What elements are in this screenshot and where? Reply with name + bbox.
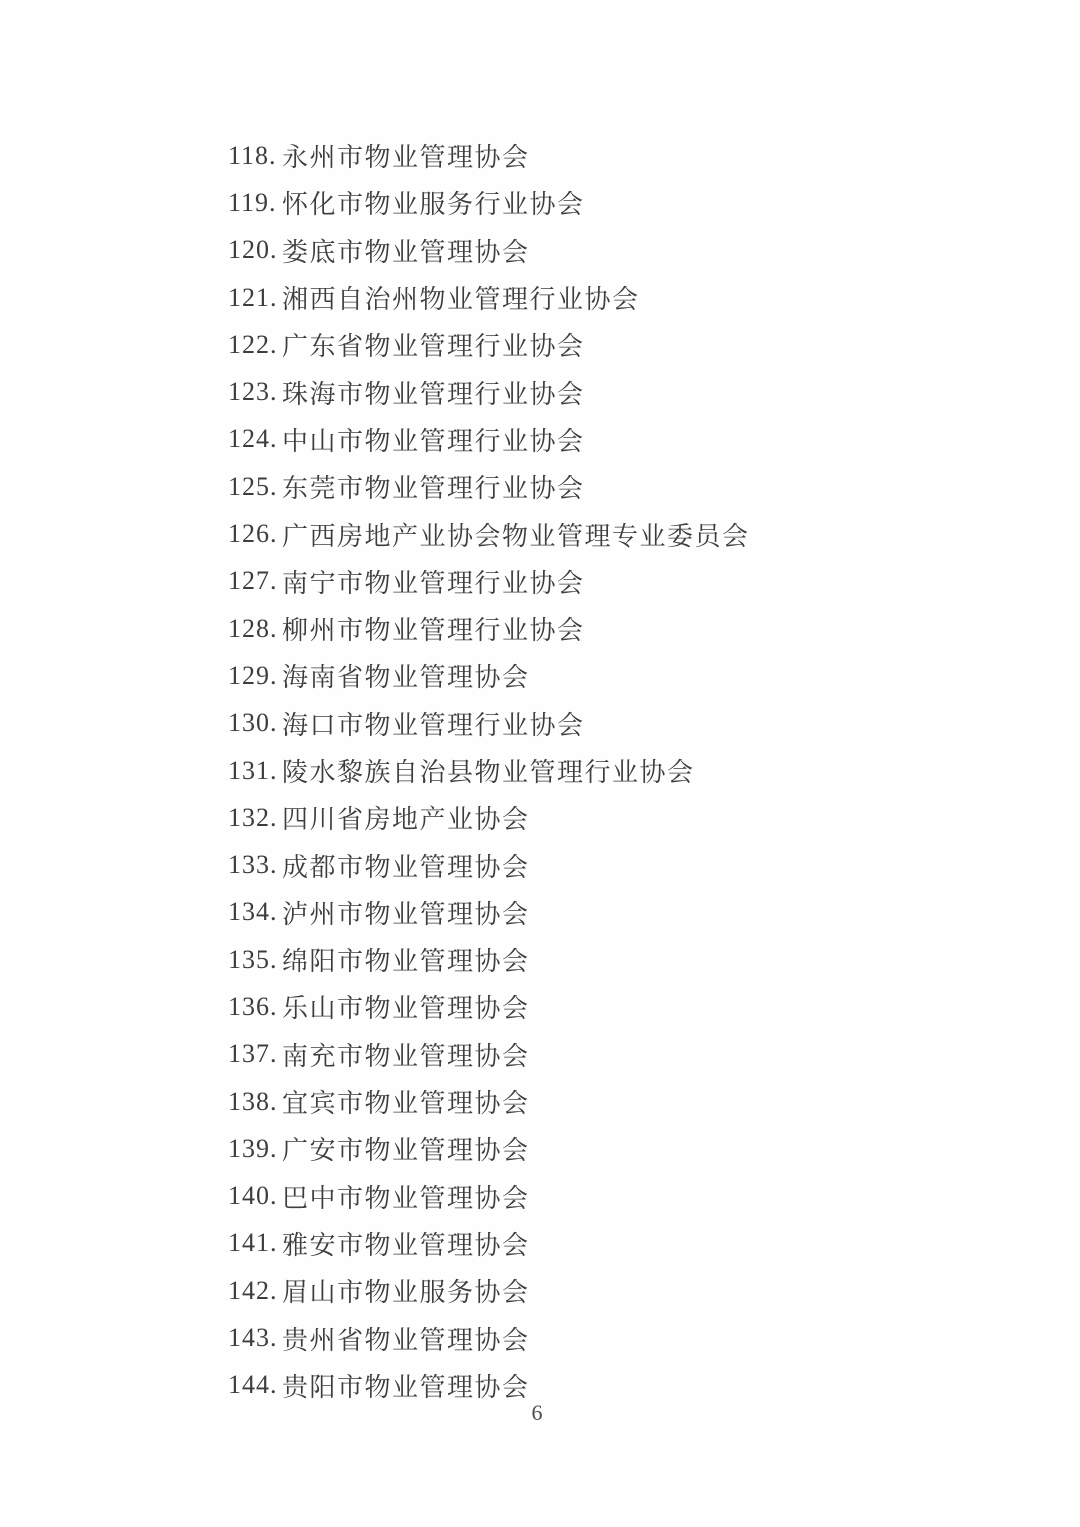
item-name: 宜宾市物业管理协会 — [282, 1083, 530, 1120]
item-number: 127. — [228, 566, 282, 596]
item-name: 成都市物业管理协会 — [282, 847, 530, 884]
list-item: 125. 东莞市物业管理行业协会 — [228, 463, 1040, 510]
item-number: 135. — [228, 945, 282, 975]
item-number: 123. — [228, 377, 282, 407]
list-item: 132. 四川省房地产业协会 — [228, 794, 1040, 841]
list-item: 123. 珠海市物业管理行业协会 — [228, 368, 1040, 415]
list-item: 128. 柳州市物业管理行业协会 — [228, 605, 1040, 652]
item-number: 121. — [228, 283, 282, 313]
list-item: 138. 宜宾市物业管理协会 — [228, 1078, 1040, 1125]
list-item: 122. 广东省物业管理行业协会 — [228, 321, 1040, 368]
item-number: 129. — [228, 661, 282, 691]
item-number: 142. — [228, 1276, 282, 1306]
list-item: 126. 广西房地产业协会物业管理专业委员会 — [228, 510, 1040, 557]
item-name: 东莞市物业管理行业协会 — [282, 468, 585, 505]
list-item: 127. 南宁市物业管理行业协会 — [228, 558, 1040, 605]
item-name: 广西房地产业协会物业管理专业委员会 — [282, 516, 750, 553]
list-item: 136. 乐山市物业管理协会 — [228, 983, 1040, 1030]
item-name: 珠海市物业管理行业协会 — [282, 374, 585, 411]
item-name: 贵阳市物业管理协会 — [282, 1367, 530, 1404]
item-number: 120. — [228, 235, 282, 265]
item-name: 柳州市物业管理行业协会 — [282, 610, 585, 647]
list-item: 118. 永州市物业管理协会 — [228, 132, 1040, 179]
item-number: 137. — [228, 1039, 282, 1069]
item-name: 巴中市物业管理协会 — [282, 1178, 530, 1215]
item-name: 海口市物业管理行业协会 — [282, 705, 585, 742]
list-item: 139. 广安市物业管理协会 — [228, 1125, 1040, 1172]
item-number: 118. — [228, 141, 282, 171]
item-number: 138. — [228, 1087, 282, 1117]
list-item: 134. 泸州市物业管理协会 — [228, 889, 1040, 936]
item-name: 广东省物业管理行业协会 — [282, 326, 585, 363]
item-name: 中山市物业管理行业协会 — [282, 421, 585, 458]
list-item: 129. 海南省物业管理协会 — [228, 652, 1040, 699]
document-page: 118. 永州市物业管理协会 119. 怀化市物业服务行业协会 120. 娄底市… — [0, 0, 1080, 1527]
list-item: 131. 陵水黎族自治县物业管理行业协会 — [228, 747, 1040, 794]
item-number: 126. — [228, 519, 282, 549]
page-number: 6 — [0, 1400, 1074, 1426]
item-number: 139. — [228, 1134, 282, 1164]
list-item: 137. 南充市物业管理协会 — [228, 1031, 1040, 1078]
association-list: 118. 永州市物业管理协会 119. 怀化市物业服务行业协会 120. 娄底市… — [228, 132, 1040, 1409]
list-item: 120. 娄底市物业管理协会 — [228, 227, 1040, 274]
item-number: 134. — [228, 897, 282, 927]
list-item: 135. 绵阳市物业管理协会 — [228, 936, 1040, 983]
item-number: 144. — [228, 1370, 282, 1400]
item-number: 141. — [228, 1228, 282, 1258]
item-name: 娄底市物业管理协会 — [282, 232, 530, 269]
item-name: 南充市物业管理协会 — [282, 1036, 530, 1073]
list-item: 124. 中山市物业管理行业协会 — [228, 416, 1040, 463]
item-number: 136. — [228, 992, 282, 1022]
item-number: 124. — [228, 424, 282, 454]
list-item: 121. 湘西自治州物业管理行业协会 — [228, 274, 1040, 321]
item-name: 永州市物业管理协会 — [282, 137, 530, 174]
item-name: 怀化市物业服务行业协会 — [282, 184, 585, 221]
item-number: 122. — [228, 330, 282, 360]
list-item: 141. 雅安市物业管理协会 — [228, 1220, 1040, 1267]
list-item: 133. 成都市物业管理协会 — [228, 841, 1040, 888]
item-name: 泸州市物业管理协会 — [282, 894, 530, 931]
list-item: 140. 巴中市物业管理协会 — [228, 1173, 1040, 1220]
item-name: 眉山市物业服务协会 — [282, 1272, 530, 1309]
item-name: 乐山市物业管理协会 — [282, 988, 530, 1025]
item-name: 雅安市物业管理协会 — [282, 1225, 530, 1262]
item-name: 南宁市物业管理行业协会 — [282, 563, 585, 600]
item-number: 128. — [228, 614, 282, 644]
item-number: 119. — [228, 188, 282, 218]
list-item: 130. 海口市物业管理行业协会 — [228, 700, 1040, 747]
list-item: 143. 贵州省物业管理协会 — [228, 1314, 1040, 1361]
item-name: 绵阳市物业管理协会 — [282, 941, 530, 978]
item-name: 陵水黎族自治县物业管理行业协会 — [282, 752, 695, 789]
item-number: 125. — [228, 472, 282, 502]
item-name: 四川省房地产业协会 — [282, 799, 530, 836]
item-name: 湘西自治州物业管理行业协会 — [282, 279, 640, 316]
item-name: 贵州省物业管理协会 — [282, 1320, 530, 1357]
item-number: 140. — [228, 1181, 282, 1211]
item-name: 海南省物业管理协会 — [282, 657, 530, 694]
item-name: 广安市物业管理协会 — [282, 1130, 530, 1167]
item-number: 143. — [228, 1323, 282, 1353]
list-item: 142. 眉山市物业服务协会 — [228, 1267, 1040, 1314]
item-number: 130. — [228, 708, 282, 738]
item-number: 131. — [228, 756, 282, 786]
list-item: 119. 怀化市物业服务行业协会 — [228, 179, 1040, 226]
item-number: 133. — [228, 850, 282, 880]
item-number: 132. — [228, 803, 282, 833]
